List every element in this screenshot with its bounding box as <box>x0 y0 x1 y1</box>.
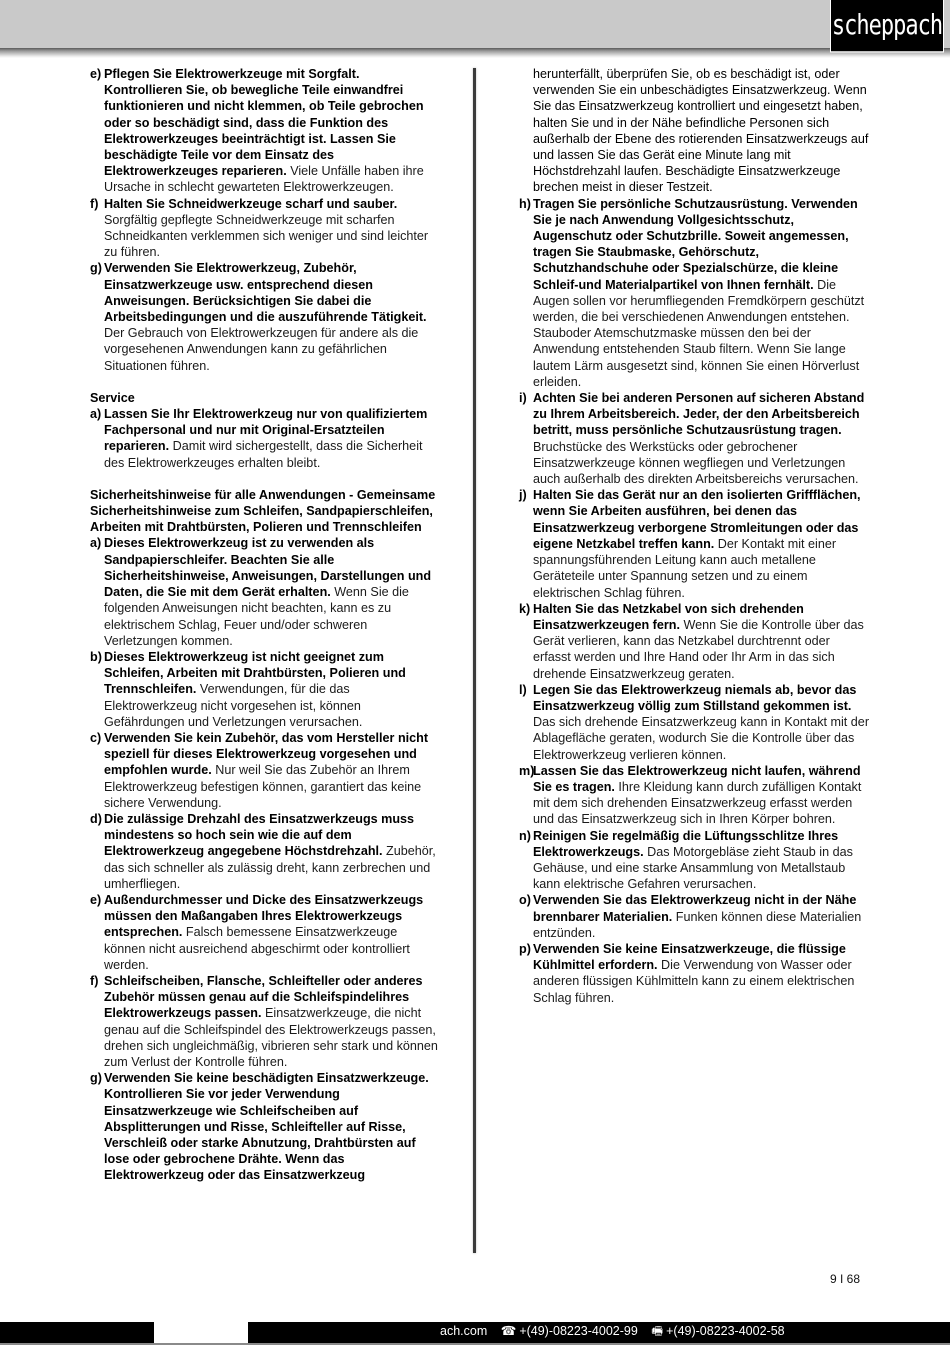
list-item-bold-text: Pflegen Sie Elektrowerkzeuge mit Sorgfal… <box>104 67 424 178</box>
list-item-label: j) <box>519 487 527 503</box>
section-gap <box>90 374 440 390</box>
list-item: h)Tragen Sie persönliche Schutzausrüstun… <box>519 196 869 390</box>
list-item-normal-text: Das sich drehende Einsatzwerkzeug kann i… <box>533 715 869 761</box>
list-item-label: a) <box>90 406 101 422</box>
list-item: f)Schleifscheiben, Flansche, Schleiftell… <box>90 973 440 1070</box>
list-item: l)Legen Sie das Elektrowerkzeug niemals … <box>519 682 869 763</box>
list-item: j)Halten Sie das Gerät nur an den isolie… <box>519 487 869 600</box>
list-item: a)Lassen Sie Ihr Elektrowerkzeug nur von… <box>90 406 440 471</box>
list-item-label: d) <box>90 811 102 827</box>
list-item-label: g) <box>90 1070 102 1086</box>
phone-icon: ☎ <box>501 1324 517 1338</box>
footer-bar-right: ach.com ☎+(49)-08223-4002-99 🖷+(49)-0822… <box>248 1322 950 1343</box>
list-item-bold-text: Die zulässige Drehzahl des Einsatzwerkze… <box>104 812 414 858</box>
list-item: n)Reinigen Sie regelmäßig die Lüftungssc… <box>519 828 869 893</box>
list-item: e)Außendurchmesser und Dicke des Einsatz… <box>90 892 440 973</box>
list-item-normal-text: Die Augen sollen vor herumfliegenden Fre… <box>533 278 864 389</box>
list-item: a)Dieses Elektrowerkzeug ist zu verwende… <box>90 535 440 648</box>
list-item: b)Dieses Elektrowerkzeug ist nicht geeig… <box>90 649 440 730</box>
list-item-label: g) <box>90 260 102 276</box>
list-item-label: f) <box>90 196 98 212</box>
fax-icon: 🖷 <box>651 1324 663 1338</box>
list-item-normal-text: Sorgfältig gepflegte Schneidwerkzeuge mi… <box>104 213 428 259</box>
list-item-label: e) <box>90 66 101 82</box>
list-item: e)Pflegen Sie Elektrowerkzeuge mit Sorgf… <box>90 66 440 196</box>
list-item-label: c) <box>90 730 101 746</box>
list-item: g)Verwenden Sie keine beschädigten Einsa… <box>90 1070 440 1183</box>
list-item-label: l) <box>519 682 527 698</box>
footer-fax: +(49)-08223-4002-58 <box>666 1324 785 1338</box>
list-item-normal-text: Bruchstücke des Werkstücks oder gebroche… <box>533 440 859 486</box>
list-item-bold-text: Halten Sie Schneidwerkzeuge scharf und s… <box>104 197 397 211</box>
list-item-bold-text: Legen Sie das Elektrowerkzeug niemals ab… <box>533 683 856 713</box>
list-item-label: e) <box>90 892 101 908</box>
footer-bar-left <box>0 1322 154 1343</box>
footer-phone: +(49)-08223-4002-99 <box>519 1324 638 1338</box>
footer-website[interactable]: ach.com <box>440 1324 487 1338</box>
list-item-bold-text: Achten Sie bei anderen Personen auf sich… <box>533 391 864 437</box>
list-item-label: p) <box>519 941 531 957</box>
column-divider <box>473 68 476 1253</box>
list-item-label: a) <box>90 535 101 551</box>
footer-contact: ach.com ☎+(49)-08223-4002-99 🖷+(49)-0822… <box>440 1322 795 1343</box>
list-item-label: m) <box>519 763 534 779</box>
list-item: d)Die zulässige Drehzahl des Einsatzwerk… <box>90 811 440 892</box>
list-item: c)Verwenden Sie kein Zubehör, das vom He… <box>90 730 440 811</box>
list-item-label: o) <box>519 892 531 908</box>
list-item: o)Verwenden Sie das Elektrowerkzeug nich… <box>519 892 869 941</box>
header-band <box>0 0 950 48</box>
list-item-label: f) <box>90 973 98 989</box>
list-item-label: n) <box>519 828 531 844</box>
section-heading: Sicherheitshinweise für alle Anwendungen… <box>90 487 440 536</box>
list-item-label: b) <box>90 649 102 665</box>
left-column: e)Pflegen Sie Elektrowerkzeuge mit Sorgf… <box>90 66 440 1184</box>
list-item-bold-text: herunterfällt, überprüfen Sie, ob es bes… <box>533 67 868 178</box>
list-item-label: k) <box>519 601 530 617</box>
list-item-bold-text: Verwenden Sie keine beschädigten Einsatz… <box>104 1071 429 1182</box>
list-item: f)Halten Sie Schneidwerkzeuge scharf und… <box>90 196 440 261</box>
list-item-label: i) <box>519 390 527 406</box>
list-item: m)Lassen Sie das Elektrowerkzeug nicht l… <box>519 763 869 828</box>
list-item: k)Halten Sie das Netzkabel von sich dreh… <box>519 601 869 682</box>
list-item-bold-text: Tragen Sie persönliche Schutzausrüstung.… <box>533 197 858 292</box>
section-gap <box>90 471 440 487</box>
right-column: herunterfällt, überprüfen Sie, ob es bes… <box>519 66 869 1006</box>
list-item: i)Achten Sie bei anderen Personen auf si… <box>519 390 869 487</box>
header-shadow <box>0 48 950 58</box>
list-item: g)Verwenden Sie Elektrowerkzeug, Zubehör… <box>90 260 440 373</box>
list-item-label: h) <box>519 196 531 212</box>
scheppach-logo: scheppach <box>830 0 944 53</box>
list-item-normal-text: Der Gebrauch von Elektrowerkzeugen für a… <box>104 326 418 372</box>
list-item-continued: herunterfällt, überprüfen Sie, ob es bes… <box>519 66 869 196</box>
page-number: 9 I 68 <box>830 1272 860 1286</box>
list-item-bold-text: Verwenden Sie Elektrowerkzeug, Zubehör, … <box>104 261 427 324</box>
section-heading: Service <box>90 390 440 406</box>
list-item: p)Verwenden Sie keine Einsatzwerkzeuge, … <box>519 941 869 1006</box>
